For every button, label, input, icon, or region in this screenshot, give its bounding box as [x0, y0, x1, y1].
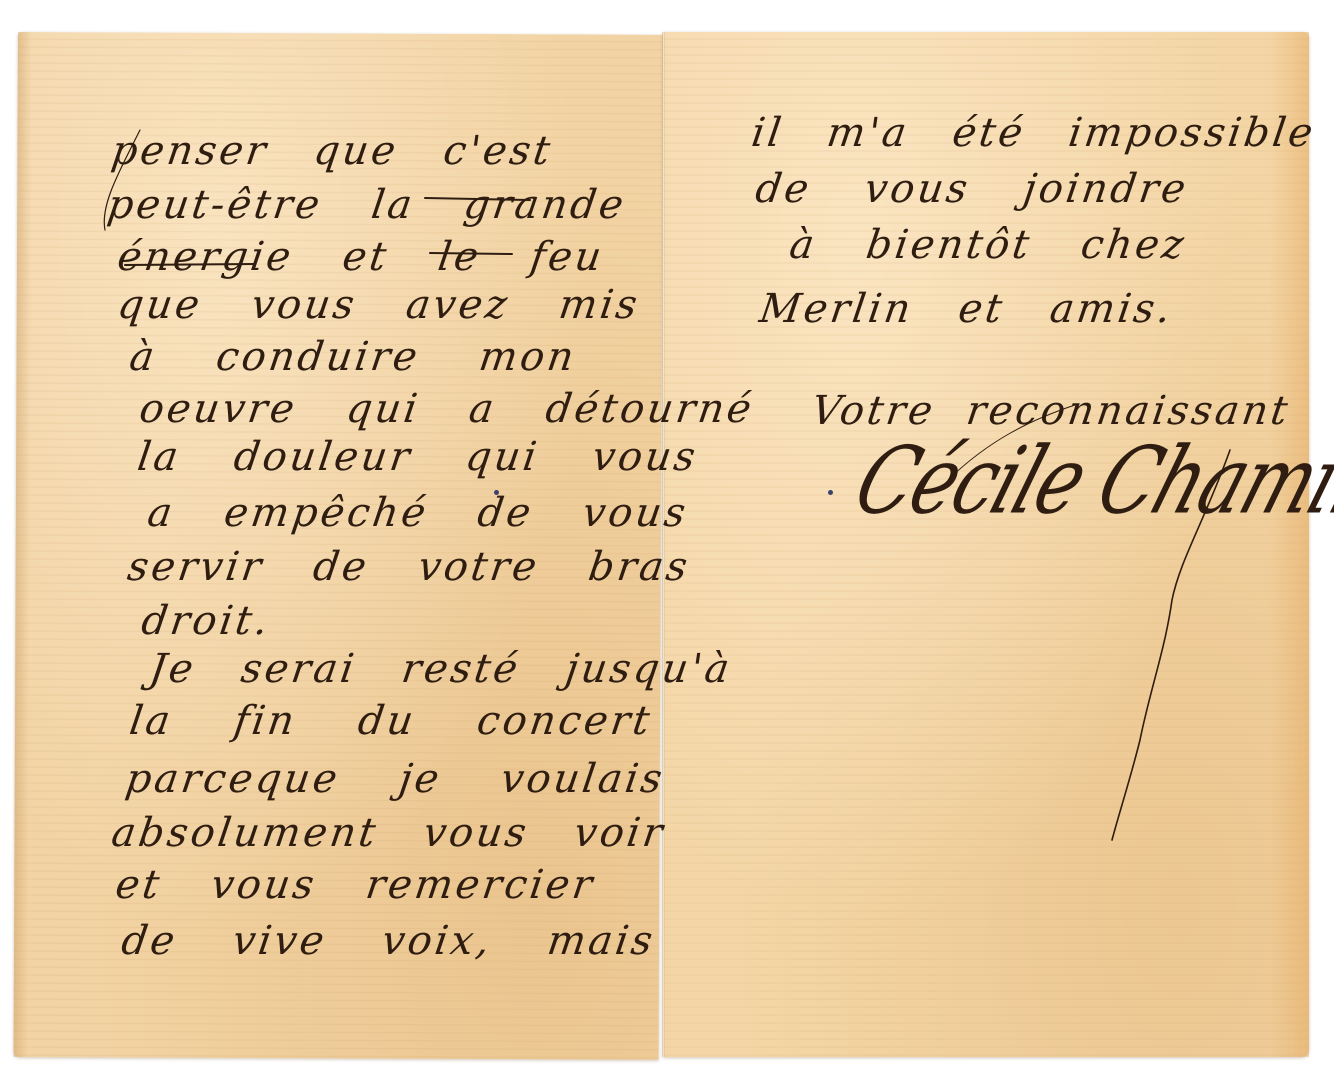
left-line-12: la fin du concert: [127, 698, 655, 744]
left-line-2: peut-être la grande: [105, 182, 629, 228]
right-line-4: Merlin et amis.: [757, 286, 1177, 332]
left-line-10: droit.: [139, 598, 274, 644]
signature: Cécile Chaminade: [843, 427, 1334, 535]
left-line-8: a empêché de vous: [145, 490, 691, 536]
left-line-16: de vive voix, mais: [119, 918, 658, 964]
blue-ink-dot-left: [494, 490, 499, 495]
blue-ink-dot-right: [828, 490, 833, 495]
left-line-9: servir de votre bras: [125, 544, 693, 590]
left-line-13: parceque je voulais: [123, 756, 668, 802]
left-line-14: absolument vous voir: [109, 810, 669, 856]
left-line-3: énergie et le feu: [115, 234, 607, 280]
right-line-2: de vous joindre: [753, 166, 1192, 212]
left-line-4: que vous avez mis: [115, 282, 643, 328]
left-line-15: et vous remercier: [113, 862, 598, 908]
right-line-1: il m'a été impossible: [749, 110, 1319, 156]
left-page-edge-shading: [14, 32, 32, 1057]
left-line-6: oeuvre qui a détourné: [137, 386, 757, 432]
left-line-11: Je serai resté jusqu'à: [147, 646, 735, 692]
left-line-2-text: peut-être la grande: [105, 182, 629, 228]
left-line-1: penser que c'est: [109, 128, 556, 174]
right-line-3: à bientôt chez: [787, 222, 1190, 268]
left-line-5: à conduire mon: [127, 334, 580, 380]
left-line-7: la douleur qui vous: [135, 434, 701, 480]
right-page-edge-shading: [1269, 32, 1309, 1057]
